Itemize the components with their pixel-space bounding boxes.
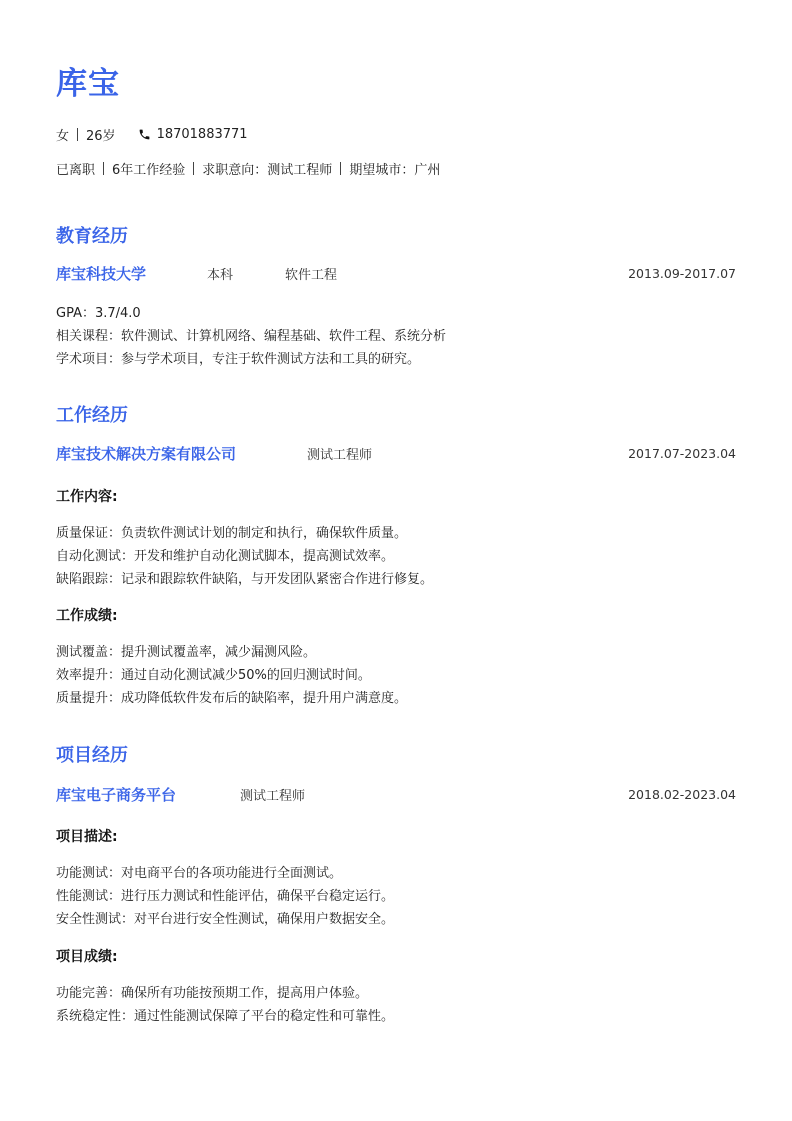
project-desc-item: 功能测试：对电商平台的各项功能进行全面测试。	[56, 862, 342, 881]
work-role: 测试工程师	[307, 444, 372, 463]
education-entry-header: 库宝科技大学 本科 软件工程 2013.09-2017.07	[56, 263, 736, 283]
expected-city: 期望城市：广州	[349, 159, 440, 178]
project-achievement-item: 功能完善：确保所有功能按预期工作，提高用户体验。	[56, 982, 368, 1001]
work-date: 2017.07-2023.04	[628, 446, 736, 461]
employment-status: 已离职	[56, 159, 95, 178]
education-section-title: 教育经历	[56, 222, 128, 248]
major: 软件工程	[285, 264, 337, 283]
divider	[77, 128, 78, 141]
education-research: 学术项目：参与学术项目，专注于软件测试方法和工具的研究。	[56, 348, 420, 367]
work-achievement-item: 效率提升：通过自动化测试减少50%的回归测试时间。	[56, 664, 371, 683]
degree: 本科	[207, 264, 285, 283]
job-intent: 求职意向：测试工程师	[202, 159, 332, 178]
education-gpa: GPA：3.7/4.0	[56, 302, 141, 321]
work-content-title: 工作内容:	[56, 486, 118, 506]
phone-contact: 18701883771	[138, 127, 248, 142]
phone-number: 18701883771	[157, 127, 248, 142]
divider	[103, 162, 104, 175]
work-achievements-title: 工作成绩:	[56, 605, 118, 625]
candidate-name: 库宝	[56, 58, 120, 103]
project-role: 测试工程师	[240, 785, 305, 804]
phone-icon	[138, 128, 151, 141]
work-section-title: 工作经历	[56, 401, 128, 427]
project-achievements-title: 项目成绩:	[56, 946, 118, 966]
divider	[193, 162, 194, 175]
gender: 女	[56, 125, 69, 144]
work-content-item: 质量保证：负责软件测试计划的制定和执行，确保软件质量。	[56, 522, 407, 541]
education-courses: 相关课程：软件测试、计算机网络、编程基础、软件工程、系统分析	[56, 325, 446, 344]
job-info-line: 已离职 6年工作经验 求职意向：测试工程师 期望城市：广州	[56, 159, 440, 178]
school-name: 库宝科技大学	[56, 263, 207, 284]
project-entry-header: 库宝电子商务平台 测试工程师 2018.02-2023.04	[56, 784, 736, 804]
work-content-item: 缺陷跟踪：记录和跟踪软件缺陷，与开发团队紧密合作进行修复。	[56, 568, 433, 587]
project-desc-item: 性能测试：进行压力测试和性能评估，确保平台稳定运行。	[56, 885, 394, 904]
work-achievement-item: 质量提升：成功降低软件发布后的缺陷率，提升用户满意度。	[56, 687, 407, 706]
company-name: 库宝技术解决方案有限公司	[56, 443, 307, 464]
education-date: 2013.09-2017.07	[628, 266, 736, 281]
work-entry-header: 库宝技术解决方案有限公司 测试工程师 2017.07-2023.04	[56, 443, 736, 463]
project-desc-item: 安全性测试：对平台进行安全性测试，确保用户数据安全。	[56, 908, 394, 927]
project-achievement-item: 系统稳定性：通过性能测试保障了平台的稳定性和可靠性。	[56, 1005, 394, 1024]
project-name: 库宝电子商务平台	[56, 784, 240, 805]
age: 26岁	[86, 125, 116, 144]
project-section-title: 项目经历	[56, 741, 128, 767]
divider	[340, 162, 341, 175]
basic-info-line: 女 26岁 18701883771	[56, 125, 248, 144]
work-experience: 6年工作经验	[112, 159, 185, 178]
project-date: 2018.02-2023.04	[628, 787, 736, 802]
work-achievement-item: 测试覆盖：提升测试覆盖率，减少漏测风险。	[56, 641, 316, 660]
work-content-item: 自动化测试：开发和维护自动化测试脚本，提高测试效率。	[56, 545, 394, 564]
project-desc-title: 项目描述:	[56, 826, 118, 846]
